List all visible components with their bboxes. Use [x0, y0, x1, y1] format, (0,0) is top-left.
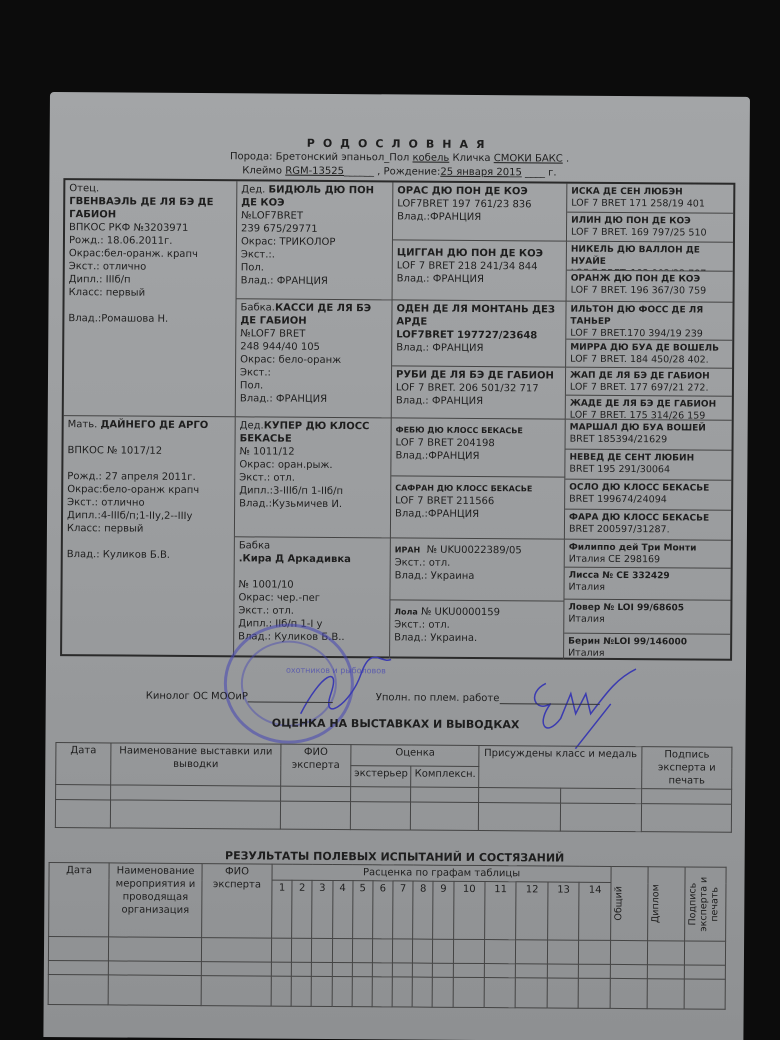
- score-column-header: 9: [433, 881, 454, 939]
- gen4-ancestor-cell: НЕВЕД ДЕ СЕНТ ЛЮБИНBRET 195 291/30064: [565, 450, 731, 481]
- ancestor-name: Филиппо дей Три Монти: [569, 542, 727, 555]
- gen4-column: ИСКА ДЕ СЕН ЛЮБЭНLOF 7 BRET 171 258/19 4…: [564, 184, 733, 661]
- ancestor-name: ЖАДЕ ДЕ ЛЯ БЭ ДЕ ГАБИОН: [570, 398, 728, 411]
- ancestor-reg: BRET 199674/24094: [569, 494, 727, 507]
- great-grandparent-cell: РУБИ ДЕ ЛЯ БЭ ДЕ ГАБИОН LOF 7 BRET. 206 …: [392, 366, 566, 419]
- ancestor-reg: LOF 7 BRET. 196 367/30 759: [571, 285, 729, 298]
- gen4-ancestor-cell: ИЛЬТОН ДЮ ФОСС ДЕ ЛЯ ТАНЬЕРLOF 7 BRET.17…: [566, 302, 732, 341]
- mother-name: ДАЙНЕГО ДЕ АРГО: [100, 419, 208, 431]
- ancestor-name: ЖАП ДЕ ЛЯ БЭ ДЕ ГАБИОН: [570, 370, 728, 383]
- score-column-header: 12: [516, 882, 548, 940]
- pedigree-document: РОДОСЛОВНАЯ Порода: Бретонский эпаньол_П…: [43, 92, 750, 1040]
- great-grandparent-cell: ИРАН № UKU0022389/05 Экст.: отл. Влад.: …: [390, 538, 564, 601]
- gen4-ancestor-cell: ИЛИН ДЮ ПОН ДЕ КОЭLOF 7 BRET. 169 797/25…: [567, 213, 733, 243]
- field-trials-table: Дата Наименование мероприятия и проводящ…: [48, 862, 727, 1010]
- ancestor-reg: BRET 185394/21629: [570, 434, 728, 447]
- ancestor-reg: LOF 7 BRET.170 394/19 239: [570, 328, 728, 341]
- gen4-ancestor-cell: МАРШАЛ ДЮ БУА ВОШЕЙBRET 185394/21629: [566, 420, 732, 451]
- brand-value: RGM-13525: [285, 166, 344, 177]
- breeding-signature-line: Уполн. по плем. работе: [376, 692, 600, 705]
- score-column-header: 7: [393, 881, 414, 939]
- shows-table: Дата Наименование выставки или выводки Ф…: [55, 742, 733, 833]
- cynologist-signature-line: Кинолог ОС МООиР: [146, 691, 333, 703]
- gen4-ancestor-cell: НИКЕЛЬ ДЮ ВАЛЛОН ДЕ НУАЙЕLOF 7 BRET. 192…: [567, 242, 733, 272]
- ancestor-name: Ловер № LOI 99/68605: [568, 602, 726, 615]
- cynologist-signature: [291, 654, 401, 725]
- ancestor-reg: BRET 195 291/30064: [569, 464, 727, 477]
- gen4-ancestor-cell: Филиппо дей Три МонтиИталия CE 298169: [565, 540, 731, 569]
- ancestor-name: МАРШАЛ ДЮ БУА ВОШЕЙ: [570, 422, 728, 435]
- ancestor-name: ИСКА ДЕ СЕН ЛЮБЭН: [571, 186, 729, 199]
- grandfather-paternal-cell: Дед. БИДЮЛЬ ДЮ ПОН ДЕ КОЭ №LOF7BRET 239 …: [237, 181, 394, 300]
- great-grandparent-cell: САФРАН ДЮ КЛОСС БЕКАСЬЕ LOF 7 BRET 21156…: [391, 476, 565, 539]
- score-column-header: 13: [547, 882, 579, 940]
- score-column-header: 6: [372, 881, 393, 939]
- ancestor-reg: LOF 7 BRET. 184 450/28 402.: [570, 354, 728, 367]
- father-name: ГВЕНВАЭЛЬ ДЕ ЛЯ БЭ ДЕ ГАБИОН: [69, 195, 232, 222]
- score-column-header: 3: [312, 880, 333, 938]
- great-grandparent-cell: Лола № UKU0000159 Экст.: отл. Влад.: Укр…: [390, 600, 564, 659]
- score-column-header: 14: [579, 882, 611, 940]
- father-cell: Отец. ГВЕНВАЭЛЬ ДЕ ЛЯ БЭ ДЕ ГАБИОН ВПКОС…: [64, 180, 238, 417]
- ancestor-name: Берин №LOI 99/146000: [568, 636, 726, 649]
- great-grandparent-cell: ОРАС ДЮ ПОН ДЕ КОЭ LOF7BRET 197 761/23 8…: [393, 182, 567, 241]
- great-grandparent-cell: ФЕБЮ ДЮ КЛОСС БЕКАСЬЕ LOF 7 BRET 204198 …: [391, 418, 565, 477]
- ancestor-name: Лисса № CE 332429: [569, 570, 727, 583]
- ancestor-reg: Италия: [568, 648, 726, 661]
- pedigree-table: Отец. ГВЕНВАЭЛЬ ДЕ ЛЯ БЭ ДЕ ГАБИОН ВПКОС…: [60, 178, 735, 661]
- score-column-header: 2: [292, 880, 313, 938]
- ancestor-name: МИРРА ДЮ БУА ДЕ ВОШЕЛЬ: [570, 342, 728, 355]
- gen4-ancestor-cell: ИСКА ДЕ СЕН ЛЮБЭНLOF 7 BRET 171 258/19 4…: [567, 184, 733, 214]
- sex-value: кобель: [412, 153, 449, 164]
- score-column-header: 8: [413, 881, 434, 939]
- gen4-ancestor-cell: ОСЛО ДЮ КЛОСС БЕКАСЬЕBRET 199674/24094: [565, 480, 731, 511]
- gen4-ancestor-cell: ФАРА ДЮ КЛОСС БЕКАСЬЕBRET 200597/31287.: [565, 510, 731, 541]
- score-column-header: 5: [352, 881, 373, 939]
- birth-value: 25 января 2015: [440, 167, 522, 179]
- score-column-header: 4: [332, 880, 353, 938]
- ancestor-name: ИЛЬТОН ДЮ ФОСС ДЕ ЛЯ ТАНЬЕР: [570, 304, 728, 329]
- field-trial-row: [48, 975, 725, 1010]
- ancestor-name: ФАРА ДЮ КЛОСС БЕКАСЬЕ: [569, 512, 727, 525]
- ancestor-name: ИЛИН ДЮ ПОН ДЕ КОЭ: [571, 215, 729, 228]
- score-column-header: 11: [485, 882, 517, 940]
- breed-line: Порода: Бретонский эпаньол_Пол кобель Кл…: [50, 150, 750, 166]
- ancestor-name: НИКЕЛЬ ДЮ ВАЛЛОН ДЕ НУАЙЕ: [571, 244, 729, 269]
- ancestor-name: НЕВЕД ДЕ СЕНТ ЛЮБИН: [569, 452, 727, 465]
- gen4-ancestor-cell: ОРАНЖ ДЮ ПОН ДЕ КОЭLOF 7 BRET. 196 367/3…: [567, 271, 733, 303]
- ancestor-reg: Италия CE 298169: [569, 554, 727, 567]
- ancestor-reg: BRET 200597/31287.: [569, 524, 727, 537]
- ancestor-name: ОСЛО ДЮ КЛОСС БЕКАСЬЕ: [569, 482, 727, 495]
- score-column-header: 10: [453, 881, 485, 939]
- great-grandparent-cell: ЦИГГАН ДЮ ПОН ДЕ КОЭ LOF 7 BRET 218 241/…: [393, 240, 567, 301]
- gen4-ancestor-cell: Лисса № CE 332429Италия: [564, 568, 730, 601]
- gen4-ancestor-cell: МИРРА ДЮ БУА ДЕ ВОШЕЛЬLOF 7 BRET. 184 45…: [566, 340, 732, 369]
- gen4-ancestor-cell: Берин №LOI 99/146000Италия: [564, 634, 730, 661]
- breed-value: Бретонский эпаньол: [276, 152, 385, 164]
- ancestor-reg: LOF 7 BRET. 169 797/25 510: [571, 227, 729, 240]
- dog-name: СМОКИ БАКС: [494, 153, 563, 164]
- ancestor-reg: LOF 7 BRET. 177 697/21 272.: [570, 382, 728, 395]
- ancestor-reg: Италия: [568, 614, 726, 627]
- ancestor-reg: Италия: [569, 582, 727, 595]
- grandmother-paternal-cell: Бабка.КАССИ ДЕ ЛЯ БЭ ДЕ ГАБИОН №LOF7 BRE…: [236, 299, 393, 418]
- shows-row: [55, 800, 731, 833]
- breeding-signature: [515, 663, 646, 754]
- ancestor-reg: LOF 7 BRET 171 258/19 401: [571, 198, 729, 211]
- gen4-ancestor-cell: ЖАП ДЕ ЛЯ БЭ ДЕ ГАБИОНLOF 7 BRET. 177 69…: [566, 368, 732, 397]
- great-grandparent-cell: ОДЕН ДЕ ЛЯ МОНТАНЬ ДЕЗ АРДЕ LOF7BRET 197…: [392, 300, 566, 367]
- gen4-ancestor-cell: Ловер № LOI 99/68605Италия: [564, 600, 730, 635]
- brand-line: Клеймо RGM-13525______ , Рождение:25 янв…: [49, 164, 749, 180]
- gen4-ancestor-cell: ЖАДЕ ДЕ ЛЯ БЭ ДЕ ГАБИОНLOF 7 BRET. 175 3…: [566, 396, 732, 421]
- score-column-header: 1: [272, 880, 293, 938]
- ancestor-name: ОРАНЖ ДЮ ПОН ДЕ КОЭ: [571, 273, 729, 286]
- grandfather-maternal-cell: Дед.КУПЕР ДЮ КЛОСС БЕКАСЬЕ № 1011/12 Окр…: [235, 417, 392, 538]
- mother-cell: Мать. ДАЙНЕГО ДЕ АРГО ВПКОС № 1017/12 Ро…: [62, 416, 236, 657]
